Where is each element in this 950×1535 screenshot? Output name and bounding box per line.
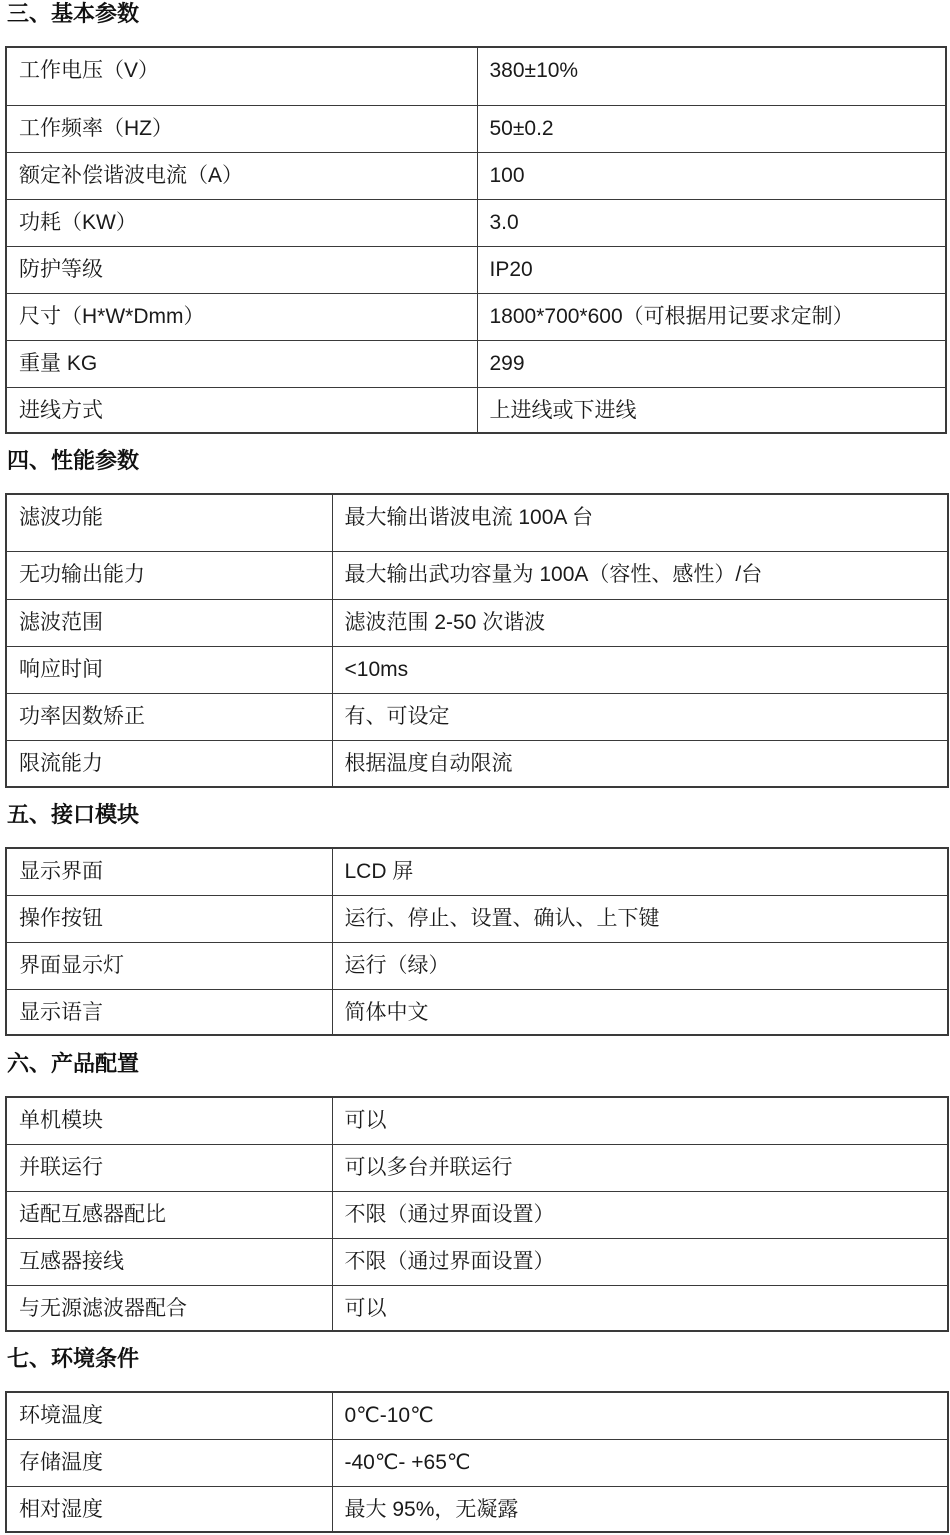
param-label: 功率因数矫正 bbox=[6, 693, 332, 740]
table-row: 额定补偿谐波电流（A） 100 bbox=[6, 152, 946, 199]
section-title-environment-conditions: 七、环境条件 bbox=[7, 1345, 139, 1375]
table-row: 与无源滤波器配合 可以 bbox=[6, 1285, 948, 1331]
param-value: 299 bbox=[477, 340, 946, 387]
section-title-basic-params: 三、基本参数 bbox=[7, 0, 139, 30]
basic-params-table: 工作电压（V） 380±10% 工作频率（HZ） 50±0.2 额定补偿谐波电流… bbox=[5, 46, 947, 434]
param-label: 存储温度 bbox=[6, 1439, 332, 1486]
param-value: <10ms bbox=[332, 646, 948, 693]
param-label: 响应时间 bbox=[6, 646, 332, 693]
table-row: 响应时间 <10ms bbox=[6, 646, 948, 693]
param-value: 可以 bbox=[332, 1097, 948, 1144]
table-row: 功耗（KW） 3.0 bbox=[6, 199, 946, 246]
param-value: 运行（绿） bbox=[332, 942, 948, 989]
param-value: 上进线或下进线 bbox=[477, 387, 946, 433]
param-label: 尺寸（H*W*Dmm） bbox=[6, 293, 477, 340]
table-row: 显示语言 简体中文 bbox=[6, 989, 948, 1035]
table-row: 限流能力 根据温度自动限流 bbox=[6, 740, 948, 787]
param-value: 运行、停止、设置、确认、上下键 bbox=[332, 895, 948, 942]
table-row: 操作按钮 运行、停止、设置、确认、上下键 bbox=[6, 895, 948, 942]
param-value: 最大输出谐波电流 100A 台 bbox=[332, 494, 948, 551]
environment-conditions-table: 环境温度 0℃-10℃ 存储温度 -40℃- +65℃ 相对湿度 最大 95%，… bbox=[5, 1391, 949, 1533]
table-row: 并联运行 可以多台并联运行 bbox=[6, 1144, 948, 1191]
table-row: 防护等级 IP20 bbox=[6, 246, 946, 293]
param-value: 380±10% bbox=[477, 47, 946, 105]
table-row: 滤波范围 滤波范围 2-50 次谐波 bbox=[6, 599, 948, 646]
param-value: 不限（通过界面设置） bbox=[332, 1191, 948, 1238]
param-label: 界面显示灯 bbox=[6, 942, 332, 989]
param-label: 工作频率（HZ） bbox=[6, 105, 477, 152]
table-row: 适配互感器配比 不限（通过界面设置） bbox=[6, 1191, 948, 1238]
product-config-table: 单机模块 可以 并联运行 可以多台并联运行 适配互感器配比 不限（通过界面设置）… bbox=[5, 1096, 949, 1332]
param-value: 简体中文 bbox=[332, 989, 948, 1035]
param-value: 1800*700*600（可根据用记要求定制） bbox=[477, 293, 946, 340]
param-label: 限流能力 bbox=[6, 740, 332, 787]
param-label: 滤波功能 bbox=[6, 494, 332, 551]
table-row: 进线方式 上进线或下进线 bbox=[6, 387, 946, 433]
table-row: 环境温度 0℃-10℃ bbox=[6, 1392, 948, 1439]
param-value: 3.0 bbox=[477, 199, 946, 246]
param-value: 有、可设定 bbox=[332, 693, 948, 740]
table-row: 功率因数矫正 有、可设定 bbox=[6, 693, 948, 740]
param-value: 0℃-10℃ bbox=[332, 1392, 948, 1439]
param-label: 适配互感器配比 bbox=[6, 1191, 332, 1238]
table-row: 界面显示灯 运行（绿） bbox=[6, 942, 948, 989]
param-value: -40℃- +65℃ bbox=[332, 1439, 948, 1486]
param-label: 并联运行 bbox=[6, 1144, 332, 1191]
param-value: 可以多台并联运行 bbox=[332, 1144, 948, 1191]
performance-params-table: 滤波功能 最大输出谐波电流 100A 台 无功输出能力 最大输出武功容量为 10… bbox=[5, 493, 949, 788]
param-value: 根据温度自动限流 bbox=[332, 740, 948, 787]
param-value: 最大输出武功容量为 100A（容性、感性）/台 bbox=[332, 551, 948, 599]
param-label: 工作电压（V） bbox=[6, 47, 477, 105]
param-label: 进线方式 bbox=[6, 387, 477, 433]
section-title-performance-params: 四、性能参数 bbox=[7, 447, 139, 477]
section-title-product-config: 六、产品配置 bbox=[7, 1050, 139, 1080]
table-row: 存储温度 -40℃- +65℃ bbox=[6, 1439, 948, 1486]
param-label: 功耗（KW） bbox=[6, 199, 477, 246]
table-row: 工作电压（V） 380±10% bbox=[6, 47, 946, 105]
table-row: 显示界面 LCD 屏 bbox=[6, 848, 948, 895]
section-title-interface-module: 五、接口模块 bbox=[7, 801, 139, 831]
param-label: 滤波范围 bbox=[6, 599, 332, 646]
param-value: 100 bbox=[477, 152, 946, 199]
table-row: 滤波功能 最大输出谐波电流 100A 台 bbox=[6, 494, 948, 551]
param-label: 无功输出能力 bbox=[6, 551, 332, 599]
param-label: 防护等级 bbox=[6, 246, 477, 293]
table-row: 重量 KG 299 bbox=[6, 340, 946, 387]
table-row: 工作频率（HZ） 50±0.2 bbox=[6, 105, 946, 152]
param-label: 重量 KG bbox=[6, 340, 477, 387]
param-value: IP20 bbox=[477, 246, 946, 293]
param-value: 可以 bbox=[332, 1285, 948, 1331]
param-value: LCD 屏 bbox=[332, 848, 948, 895]
table-row: 尺寸（H*W*Dmm） 1800*700*600（可根据用记要求定制） bbox=[6, 293, 946, 340]
table-row: 互感器接线 不限（通过界面设置） bbox=[6, 1238, 948, 1285]
param-label: 环境温度 bbox=[6, 1392, 332, 1439]
interface-module-table: 显示界面 LCD 屏 操作按钮 运行、停止、设置、确认、上下键 界面显示灯 运行… bbox=[5, 847, 949, 1036]
param-label: 相对湿度 bbox=[6, 1486, 332, 1532]
param-label: 单机模块 bbox=[6, 1097, 332, 1144]
param-label: 额定补偿谐波电流（A） bbox=[6, 152, 477, 199]
param-label: 操作按钮 bbox=[6, 895, 332, 942]
param-value: 50±0.2 bbox=[477, 105, 946, 152]
table-row: 单机模块 可以 bbox=[6, 1097, 948, 1144]
param-label: 显示语言 bbox=[6, 989, 332, 1035]
param-value: 最大 95%，无凝露 bbox=[332, 1486, 948, 1532]
param-value: 不限（通过界面设置） bbox=[332, 1238, 948, 1285]
table-row: 无功输出能力 最大输出武功容量为 100A（容性、感性）/台 bbox=[6, 551, 948, 599]
param-label: 与无源滤波器配合 bbox=[6, 1285, 332, 1331]
param-label: 互感器接线 bbox=[6, 1238, 332, 1285]
param-value: 滤波范围 2-50 次谐波 bbox=[332, 599, 948, 646]
table-row: 相对湿度 最大 95%，无凝露 bbox=[6, 1486, 948, 1532]
param-label: 显示界面 bbox=[6, 848, 332, 895]
